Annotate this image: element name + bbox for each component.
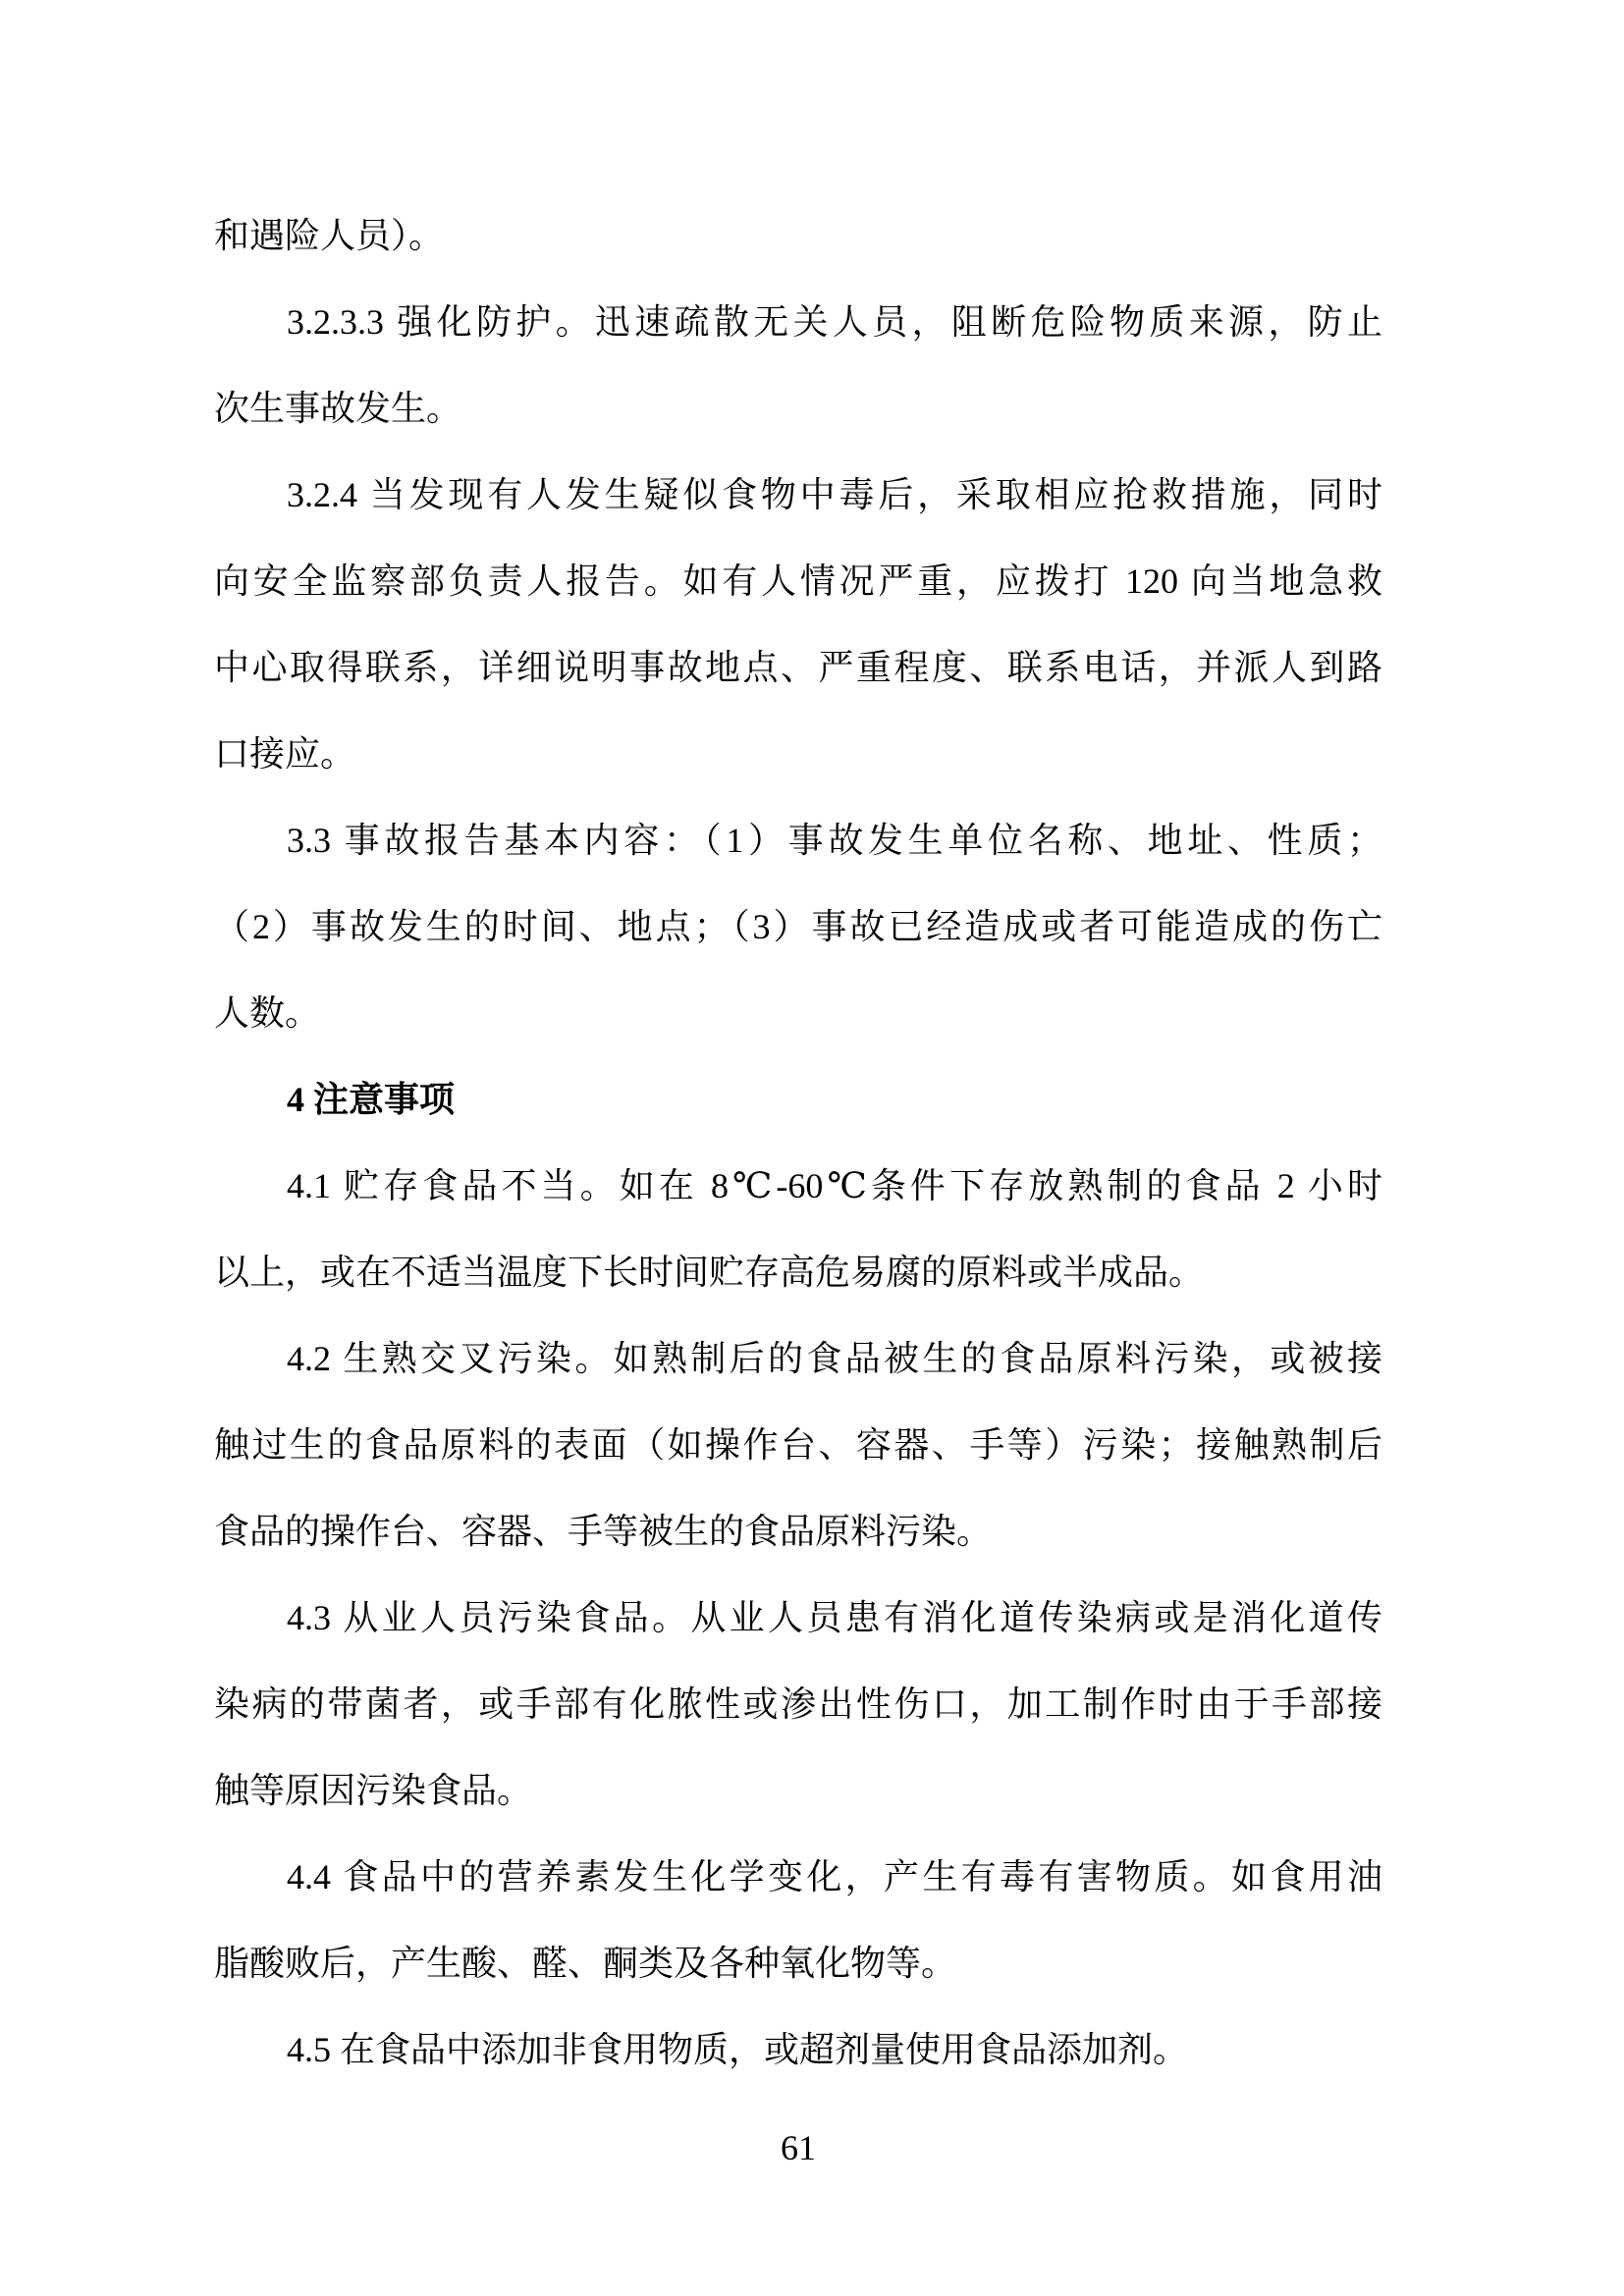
- text-line: 人数。: [214, 970, 1382, 1056]
- text-line: 4.4 食品中的营养素发生化学变化，产生有毒有害物质。如食用油: [214, 1834, 1382, 1920]
- text-line: 和遇险人员）。: [214, 192, 1382, 279]
- page-number: 61: [214, 2118, 1382, 2177]
- text-line: 次生事故发生。: [214, 365, 1382, 452]
- text-line: 触过生的食品原料的表面（如操作台、容器、手等）污染；接触熟制后: [214, 1402, 1382, 1488]
- text-line: 中心取得联系，详细说明事故地点、严重程度、联系电话，并派人到路: [214, 624, 1382, 711]
- text-line: 向安全监察部负责人报告。如有人情况严重，应拨打 120 向当地急救: [214, 538, 1382, 624]
- document-body: 和遇险人员）。3.2.3.3 强化防护。迅速疏散无关人员，阻断危险物质来源，防止…: [214, 192, 1382, 2093]
- text-line: 食品的操作台、容器、手等被生的食品原料污染。: [214, 1488, 1382, 1575]
- text-line: 4.2 生熟交叉污染。如熟制后的食品被生的食品原料污染，或被接: [214, 1315, 1382, 1402]
- text-line: 口接应。: [214, 711, 1382, 797]
- text-line: 3.2.4 当发现有人发生疑似食物中毒后，采取相应抢救措施，同时: [214, 452, 1382, 538]
- text-line: 4 注意事项: [214, 1056, 1382, 1143]
- text-line: （2）事故发生的时间、地点；（3）事故已经造成或者可能造成的伤亡: [214, 883, 1382, 970]
- text-line: 脂酸败后，产生酸、醛、酮类及各种氧化物等。: [214, 1920, 1382, 2006]
- text-line: 4.1 贮存食品不当。如在 8℃-60℃条件下存放熟制的食品 2 小时: [214, 1143, 1382, 1229]
- text-line: 4.5 在食品中添加非食用物质，或超剂量使用食品添加剂。: [214, 2006, 1382, 2093]
- text-line: 3.2.3.3 强化防护。迅速疏散无关人员，阻断危险物质来源，防止: [214, 279, 1382, 365]
- document-page: 和遇险人员）。3.2.3.3 强化防护。迅速疏散无关人员，阻断危险物质来源，防止…: [0, 0, 1624, 2296]
- text-line: 触等原因污染食品。: [214, 1747, 1382, 1834]
- text-line: 以上，或在不适当温度下长时间贮存高危易腐的原料或半成品。: [214, 1229, 1382, 1315]
- text-line: 染病的带菌者，或手部有化脓性或渗出性伤口，加工制作时由于手部接: [214, 1661, 1382, 1747]
- text-line: 4.3 从业人员污染食品。从业人员患有消化道传染病或是消化道传: [214, 1575, 1382, 1661]
- text-line: 3.3 事故报告基本内容：（1）事故发生单位名称、地址、性质；: [214, 797, 1382, 883]
